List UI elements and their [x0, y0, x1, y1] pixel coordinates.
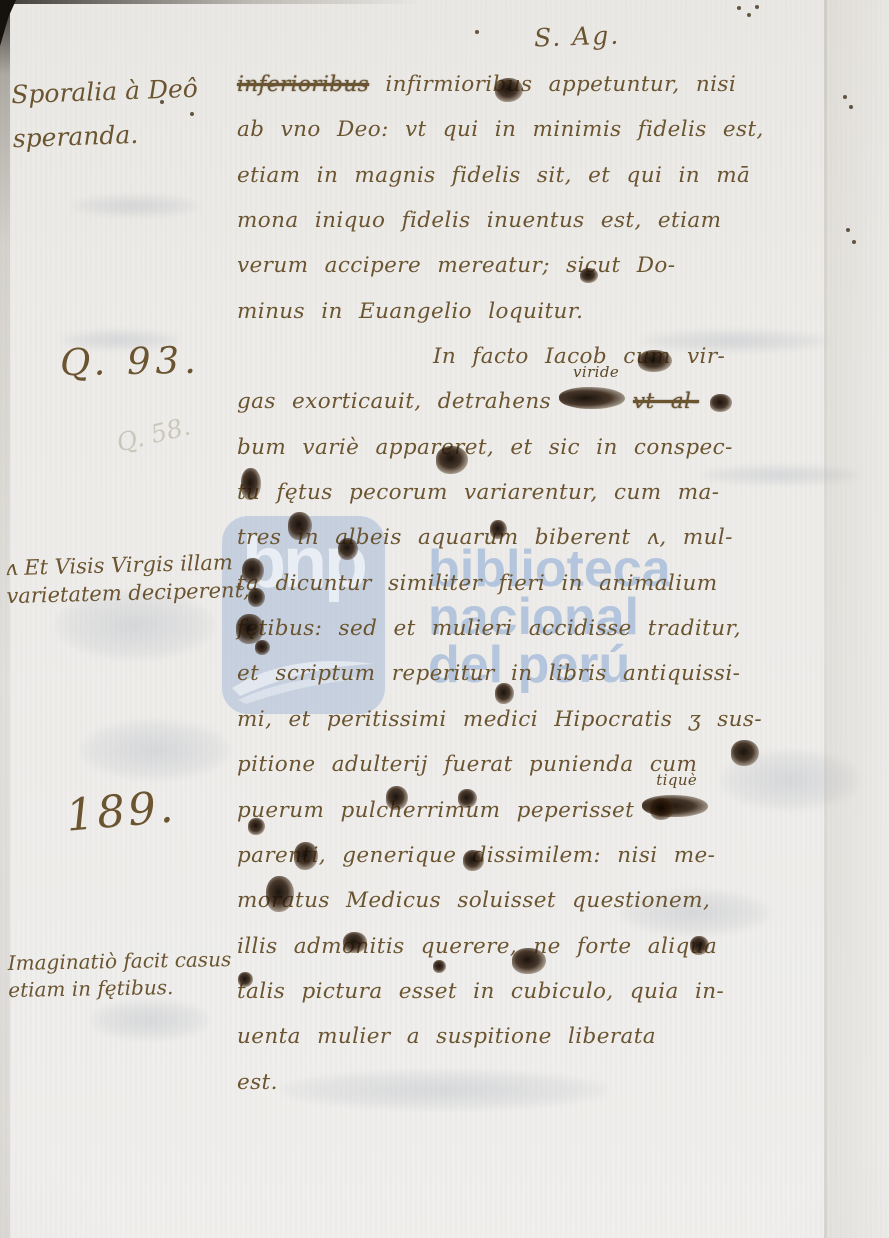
text-line: pitione adulterij fuerat punienda cum — [237, 742, 877, 787]
text-line: illis admonitis querere, ne forte aliqua — [237, 924, 877, 969]
ink-speck — [755, 5, 759, 9]
margin-note-bleedthrough-number: Q. 58. — [114, 411, 194, 457]
bleedthrough-mark — [70, 195, 200, 217]
text-line: moratus Medicus soluisset questionem, — [237, 878, 877, 923]
ink-blot — [559, 387, 625, 409]
margin-note-imaginatio-line2: etiam in fętibus. — [8, 973, 232, 1004]
ink-blot — [490, 520, 507, 539]
text-line: minus in Euangelio loquitur. — [237, 289, 877, 334]
margin-note-virgis: ʌ Et Visis Virgis illam varietatem decip… — [5, 548, 250, 610]
page-header-abbreviation: S. Ag. — [534, 21, 621, 53]
page-edge-top — [0, 0, 420, 4]
ink-speck — [852, 240, 856, 244]
text-line: puerum pulcherrimum peperissettiquè — [237, 788, 877, 833]
text-line: gas exorticauit, detrahensviridevt al- — [237, 379, 877, 424]
text-line: tu fętus pecorum variarentur, cum ma- — [237, 470, 877, 515]
margin-note-imaginatio-line1: Imaginatiò facit casus — [8, 946, 232, 977]
text-line: talis pictura esset in cubiculo, quia in… — [237, 969, 877, 1014]
text-line: inferioribus infirmioribus appetuntur, n… — [237, 62, 877, 107]
ink-blot — [248, 588, 265, 607]
text-line: bum variè appareret, et sic in conspec- — [237, 425, 877, 470]
margin-note-virgis-line2: varietatem deciperent, — [6, 576, 250, 610]
margin-note-speranda: Sporalia à Deô speranda. — [11, 67, 201, 161]
margin-note-question-number: Q. 93. — [60, 339, 202, 384]
text-line: mona iniquo fidelis inuentus est, etiam — [237, 198, 877, 243]
ink-speck — [849, 105, 853, 109]
interlinear-insertion: tiquè — [656, 773, 697, 788]
ink-speck — [737, 6, 741, 10]
ink-speck — [160, 100, 164, 104]
main-text-block: inferioribus infirmioribus appetuntur, n… — [237, 62, 877, 1105]
ink-speck — [190, 112, 194, 116]
text-line: ta dicuntur similiter fieri in animalium — [237, 561, 877, 606]
text-line: parenti, generique dissimilem: nisi me- — [237, 833, 877, 878]
text-line: mi, et peritissimi medici Hipocratis ʒ s… — [237, 697, 877, 742]
struck-word: inferioribus — [237, 72, 369, 97]
text-line: tres in albeis aquarum biberent ʌ, mul- — [237, 515, 877, 560]
bleedthrough-mark — [80, 720, 230, 780]
text-line: etiam in magnis fidelis sit, et qui in m… — [237, 153, 877, 198]
text-line: fętibus: sed et mulieri accidisse tradit… — [237, 606, 877, 651]
ink-speck — [475, 30, 479, 34]
ink-speck — [747, 13, 751, 17]
ink-speck — [843, 95, 847, 99]
margin-note-page-number: 189. — [64, 781, 178, 841]
text-line: ab vno Deo: vt qui in minimis fidelis es… — [237, 107, 877, 152]
margin-note-imaginatio: Imaginatiò facit casus etiam in fętibus. — [8, 946, 232, 1004]
text-line: est. — [237, 1060, 877, 1105]
text-line: et scriptum reperitur in libris antiquis… — [237, 651, 877, 696]
margin-note-speranda-line1: Sporalia à Deô — [11, 67, 199, 117]
blotted-correction: viride — [559, 380, 625, 425]
ink-blot — [248, 818, 265, 835]
interlinear-insertion: viride — [573, 365, 619, 380]
ink-speck — [846, 228, 850, 232]
text-line: In facto Iacob cum vir- — [237, 334, 877, 379]
text-line: verum accipere mereatur; sicut Do- — [237, 243, 877, 288]
bleedthrough-mark — [90, 1000, 210, 1040]
page-edge-left — [0, 0, 10, 1238]
manuscript-page: bnp biblioteca nacional del perú S. Ag. … — [0, 0, 889, 1238]
text-line: uenta mulier a suspitione liberata — [237, 1014, 877, 1059]
margin-note-speranda-line2: speranda. — [12, 111, 200, 161]
